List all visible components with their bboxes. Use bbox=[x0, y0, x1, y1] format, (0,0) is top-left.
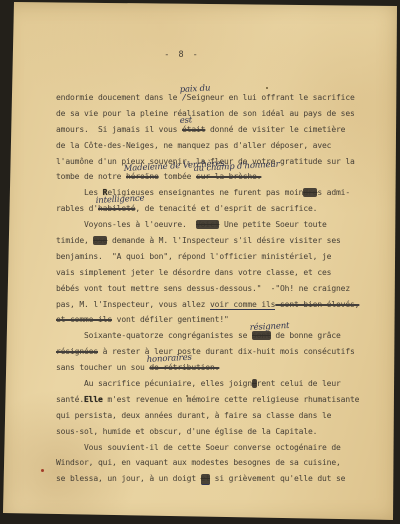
ink-blot: et bbox=[201, 474, 210, 485]
text-line: de sa vie pour la pleine réalisation de … bbox=[56, 106, 374, 122]
text-line: sous-sol, humide et obscur, d'une église… bbox=[56, 424, 374, 440]
document-page: - 8 - endormie doucement dans le /paix d… bbox=[0, 0, 400, 524]
typed-text: endormie doucement dans le bbox=[56, 93, 182, 102]
typed-text: benjamins. "A quoi bon", répond l'offici… bbox=[56, 252, 331, 261]
text-line: Voyons-les à l'oeuvre. Voici Une petite … bbox=[56, 217, 374, 233]
ink-blot: sontrésignent bbox=[252, 331, 271, 340]
text-line: qui persista, deux années durant, à fair… bbox=[56, 408, 374, 424]
struck-text: de rétribution.honoraires bbox=[149, 363, 219, 372]
typed-text: m'est revenue en mémoire cette religieus… bbox=[103, 395, 360, 404]
text-line: santé.Elle m'est revenue en mémoire cett… bbox=[56, 392, 374, 408]
typed-text: de bonne grâce bbox=[271, 331, 341, 340]
text-line: sans toucher un sou de rétribution.honor… bbox=[56, 360, 374, 376]
overtyped-text: Elle bbox=[84, 395, 103, 404]
typed-text: Une petite Soeur toute bbox=[219, 220, 326, 229]
typed-text: Soixante-quatorze congréganistes se bbox=[84, 331, 252, 340]
text-line: vais simplement jeter le désordre dans v… bbox=[56, 265, 374, 281]
typed-text: demande à M. l'Inspecteur s'il désire vi… bbox=[107, 236, 340, 245]
typed-text: qui persista, deux années durant, à fair… bbox=[56, 411, 331, 420]
typed-text: vais simplement jeter le désordre dans v… bbox=[56, 268, 331, 277]
typed-text: se blessa, un jour, à un doigt bbox=[56, 474, 201, 483]
text-line: rables d'habiletéintelligence, de tenaci… bbox=[56, 201, 374, 217]
typed-text: Au sacrifice pécuniaire, elles joign bbox=[84, 379, 252, 388]
text-line: de la Côte-des-Neiges, ne manquez pas d'… bbox=[56, 138, 374, 154]
text-line: endormie doucement dans le /paix duSeign… bbox=[56, 90, 374, 106]
text-line: bébés vont tout mettre sens dessus-desso… bbox=[56, 281, 374, 297]
typed-text: santé. bbox=[56, 395, 84, 404]
typed-text: , de tenacité et d'esprit de sacrifice. bbox=[135, 204, 317, 213]
typed-text: sous-sol, humide et obscur, d'une église… bbox=[56, 427, 317, 436]
text-line: se blessa, un jour, à un doigt et si gri… bbox=[56, 471, 374, 487]
typed-text: tombe de notre bbox=[56, 172, 126, 181]
insertion-caret: /paix du bbox=[182, 93, 187, 102]
typed-text: voir comme ils bbox=[210, 300, 275, 311]
typed-text: de sa vie pour la pleine réalisation de … bbox=[56, 109, 355, 118]
text-line: et comme ils vont défiler gentiment!" bbox=[56, 312, 374, 328]
text-line: Au sacrifice pécuniaire, elles joignèren… bbox=[56, 376, 374, 392]
typed-text: pas, M. l'Inspecteur, vous allez bbox=[56, 300, 210, 309]
text-line: résignées à rester à leur poste durant d… bbox=[56, 344, 374, 360]
ink-blot: dre bbox=[303, 188, 317, 197]
struck-text: résignées bbox=[56, 347, 98, 356]
ink-blot: Voici bbox=[196, 220, 219, 229]
text-line: Windsor, qui, en vaquant aux modestes be… bbox=[56, 455, 374, 471]
text-line: benjamins. "A quoi bon", répond l'offici… bbox=[56, 249, 374, 265]
typed-text: donné de visiter le cimetière bbox=[205, 125, 345, 134]
struck-text: sur la brèche.au champ d'honneur bbox=[196, 172, 261, 181]
typed-text: Vous souvient-il de cette Soeur converse… bbox=[84, 443, 341, 452]
text-line: Soixante-quatorze congréganistes se sont… bbox=[56, 328, 374, 344]
typed-text: vont défiler gentiment!" bbox=[112, 315, 229, 324]
handwritten-insertion: est bbox=[180, 117, 193, 127]
typed-text: tombée bbox=[159, 172, 196, 181]
typed-text: de la Côte-des-Neiges, ne manquez pas d'… bbox=[56, 141, 331, 150]
typed-text: s admi- bbox=[317, 188, 350, 197]
typed-text: amours. Si jamais il vous bbox=[56, 125, 182, 134]
ink-blot: ose bbox=[93, 236, 107, 245]
typed-text: Voyons-les à l'oeuvre. bbox=[84, 220, 196, 229]
document-body: endormie doucement dans le /paix duSeign… bbox=[56, 90, 374, 487]
ink-speck bbox=[66, 519, 69, 522]
text-line: timide, ose demande à M. l'Inspecteur s'… bbox=[56, 233, 374, 249]
typed-text: rables d' bbox=[56, 204, 98, 213]
text-line: pas, M. l'Inspecteur, vous allez voir co… bbox=[56, 297, 374, 313]
ink-speck bbox=[266, 87, 268, 89]
handwritten-insertion: au champ d'honneur bbox=[194, 160, 280, 173]
typed-text: sans toucher un sou bbox=[56, 363, 149, 372]
scan-background: - 8 - endormie doucement dans le /paix d… bbox=[0, 0, 400, 524]
struck-text: sont bien élevés, bbox=[275, 300, 359, 309]
text-line: Vous souvient-il de cette Soeur converse… bbox=[56, 440, 374, 456]
typed-text: Windsor, qui, en vaquant aux modestes be… bbox=[56, 458, 341, 467]
ink-speck bbox=[186, 395, 188, 397]
struck-text: habiletéintelligence bbox=[98, 204, 135, 213]
typed-text: Seigneur en lui offrant le sacrifice bbox=[187, 93, 355, 102]
typed-text: bébés vont tout mettre sens dessus-desso… bbox=[56, 284, 350, 293]
page-number: - 8 - bbox=[57, 50, 307, 60]
struck-text: et comme ils bbox=[56, 315, 112, 324]
ink-blot: è bbox=[252, 379, 257, 388]
typed-text: timide, bbox=[56, 236, 93, 245]
struck-text: étaitest bbox=[182, 125, 205, 134]
text-line: tombe de notre héroïneMadeleine de Verch… bbox=[56, 169, 374, 185]
text-line: amours. Si jamais il vous étaitest donné… bbox=[56, 122, 374, 138]
typed-text: à rester à leur poste durant dix-huit mo… bbox=[98, 347, 355, 356]
ink-speck bbox=[41, 469, 44, 472]
typed-text: rent celui de leur bbox=[257, 379, 341, 388]
handwritten-insertion: honoraires bbox=[147, 353, 192, 364]
struck-text: héroïneMadeleine de Verchères bbox=[126, 172, 159, 181]
typed-text: si grièvement qu'elle dut se bbox=[210, 474, 345, 483]
